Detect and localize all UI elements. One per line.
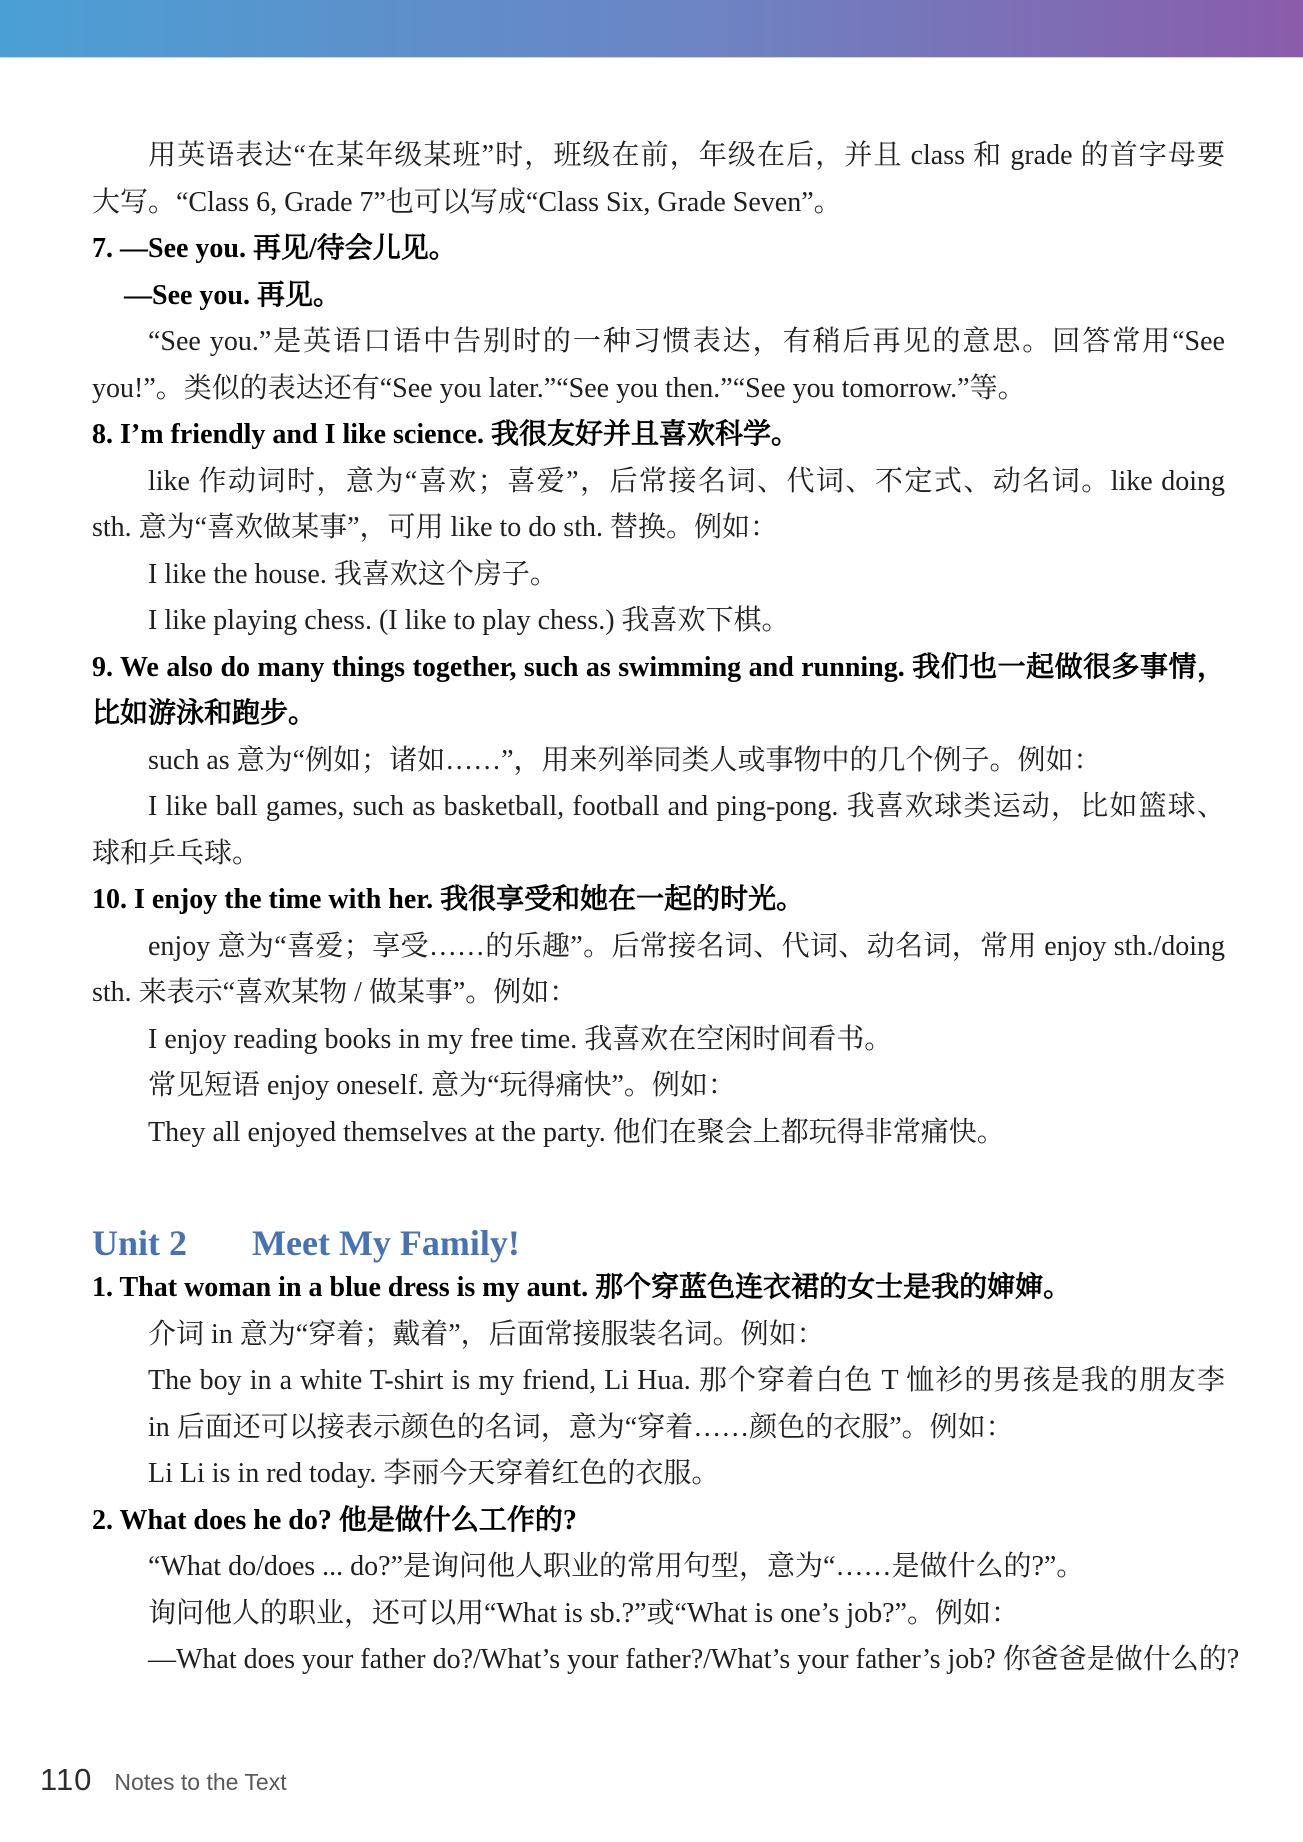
text-line: sth. 来表示“喜欢某物 / 做某事”。例如： — [92, 970, 1225, 1017]
text-line: 1. That woman in a blue dress is my aunt… — [92, 1265, 1225, 1312]
text-line: 8. I’m friendly and I like science. 我很友好… — [92, 412, 1225, 459]
text-line: I like the house. 我喜欢这个房子。 — [92, 552, 1225, 599]
text-line: —What does your father do?/What’s your f… — [92, 1637, 1225, 1684]
text-line: you!”。类似的表达还有“See you later.”“See you th… — [92, 366, 1225, 413]
text-line: I enjoy reading books in my free time. 我… — [92, 1017, 1225, 1064]
unit2-notes-section: 1. That woman in a blue dress is my aunt… — [92, 1265, 1225, 1684]
text-line: such as 意为“例如；诸如……”，用来列举同类人或事物中的几个例子。例如： — [92, 738, 1225, 785]
text-line: 用英语表达“在某年级某班”时，班级在前，年级在后，并且 class 和 grad… — [92, 133, 1225, 180]
text-line: Li Li is in red today. 李丽今天穿着红色的衣服。 — [92, 1451, 1225, 1498]
text-line: “See you.”是英语口语中告别时的一种习惯表达，有稍后再见的意思。回答常用… — [92, 319, 1225, 366]
page-number: 110 — [40, 1762, 92, 1798]
text-line: They all enjoyed themselves at the party… — [92, 1110, 1225, 1157]
text-line: I like playing chess. (I like to play ch… — [92, 598, 1225, 645]
text-line: 常见短语 enjoy oneself. 意为“玩得痛快”。例如： — [92, 1063, 1225, 1110]
text-line: 10. I enjoy the time with her. 我很享受和她在一起… — [92, 877, 1225, 924]
text-line: The boy in a white T-shirt is my friend,… — [92, 1358, 1225, 1405]
page-footer: 110 Notes to the Text — [40, 1762, 287, 1798]
text-line: enjoy 意为“喜爱；享受……的乐趣”。后常接名词、代词、动名词，常用 enj… — [92, 924, 1225, 971]
text-line: sth. 意为“喜欢做某事”，可用 like to do sth. 替换。例如： — [92, 505, 1225, 552]
text-line: 比如游泳和跑步。 — [92, 691, 1225, 738]
unit2-title: Meet My Family! — [252, 1223, 520, 1263]
text-line: “What do/does ... do?”是询问他人职业的常用句型，意为“……… — [92, 1544, 1225, 1591]
text-line: —See you. 再见。 — [92, 273, 1225, 320]
text-line: 7. —See you. 再见/待会儿见。 — [92, 226, 1225, 273]
text-line: I like ball games, such as basketball, f… — [92, 784, 1225, 831]
text-line: 介词 in 意为“穿着；戴着”，后面常接服装名词。例如： — [92, 1312, 1225, 1359]
text-line: 2. What does he do? 他是做什么工作的? — [92, 1498, 1225, 1545]
text-line: 询问他人的职业，还可以用“What is sb.?”或“What is one’… — [92, 1591, 1225, 1638]
text-line: in 后面还可以接表示颜色的名词，意为“穿着……颜色的衣服”。例如： — [92, 1405, 1225, 1452]
textbook-page: 用英语表达“在某年级某班”时，班级在前，年级在后，并且 class 和 grad… — [0, 0, 1303, 1842]
text-line: 球和乒乓球。 — [92, 831, 1225, 878]
header-gradient-bar — [0, 0, 1303, 57]
text-line: like 作动词时，意为“喜欢；喜爱”，后常接名词、代词、不定式、动名词。lik… — [92, 459, 1225, 506]
text-line: 9. We also do many things together, such… — [92, 645, 1225, 692]
unit2-heading: Unit 2 Meet My Family! — [92, 1221, 1225, 1265]
text-line: 大写。“Class 6, Grade 7”也可以写成“Class Six, Gr… — [92, 180, 1225, 227]
unit1-notes-section: 用英语表达“在某年级某班”时，班级在前，年级在后，并且 class 和 grad… — [92, 133, 1225, 1156]
unit2-label: Unit 2 — [92, 1223, 187, 1263]
notes-content: 用英语表达“在某年级某班”时，班级在前，年级在后，并且 class 和 grad… — [0, 57, 1303, 1684]
footer-section-label: Notes to the Text — [114, 1769, 286, 1796]
